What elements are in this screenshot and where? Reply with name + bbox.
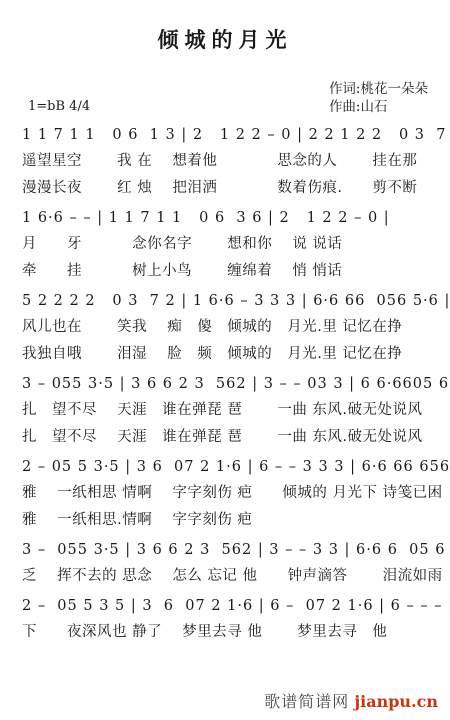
notation-line: 3 – 055 3·5 | 3 6 6 2 3 562 | 3 – – 03 3…: [22, 374, 430, 394]
credits: 作词:桃花一朵朵 作曲:山石: [329, 80, 428, 116]
music-system-6: 3 – 055 3·5 | 3 6 6 2 3 562 | 3 – – 3 3 …: [22, 540, 430, 587]
key-signature: 1=bB 4/4: [28, 99, 90, 116]
lyric-line: 雅 一纸相思.情啊 字字刻伤 疤: [22, 510, 430, 531]
lyric-line: 扎 望不尽 天涯 谁在弹琵 琶 一曲 东风.破无处说风: [22, 400, 430, 421]
song-title: 倾城的月光: [14, 24, 436, 54]
lyric-line: 月 牙 念你名字 想和你 说 说话: [22, 234, 430, 255]
music-system-5: 2 – 05 5 3·5 | 3 6 07 2 1·6 | 6 – – 3 3 …: [22, 457, 430, 531]
lyric-line: 遥望星空 我 在 想着他 思念的人 挂在那: [22, 151, 430, 172]
lyric-line: 风儿也在 笑我 痴 傻 倾城的 月光.里 记忆在挣: [22, 317, 430, 338]
watermark-site-name: 歌谱简谱网: [264, 692, 349, 711]
composer-credit: 作曲:山石: [329, 98, 428, 116]
lyric-line: 扎 望不尽 天涯 谁在弹琵 琶 一曲 东风.破无处说风: [22, 427, 430, 448]
header-row: 1=bB 4/4 作词:桃花一朵朵 作曲:山石: [28, 80, 428, 116]
sheet-music-page: 倾城的月光 1=bB 4/4 作词:桃花一朵朵 作曲:山石 1 1 7 1 1 …: [0, 0, 450, 643]
notation-line: 3 – 055 3·5 | 3 6 6 2 3 562 | 3 – – 3 3 …: [22, 540, 430, 560]
lyric-line: 牵 挂 树上小鸟 缠绵着 悄 悄话: [22, 261, 430, 282]
watermark-site-url: jianpu.cn: [354, 692, 438, 711]
notation-line: 1 6·6 – – | 1 1 7 1 1 0 6 3 6 | 2 1 2 2 …: [22, 208, 430, 228]
notation-line: 1 1 7 1 1 0 6 1 3 | 2 1 2 2 – 0 | 2 2 1 …: [22, 125, 430, 145]
lyric-line: 漫漫长夜 红 烛 把泪洒 数着伤痕. 剪不断: [22, 178, 430, 199]
music-system-2: 1 6·6 – – | 1 1 7 1 1 0 6 3 6 | 2 1 2 2 …: [22, 208, 430, 282]
notation-line: 2 – 05 5 3 5 | 3 6 07 2 1·6 | 6 – 07 2 1…: [22, 596, 430, 616]
music-system-1: 1 1 7 1 1 0 6 1 3 | 2 1 2 2 – 0 | 2 2 1 …: [22, 125, 430, 199]
notation-line: 2 – 05 5 3·5 | 3 6 07 2 1·6 | 6 – – 3 3 …: [22, 457, 430, 477]
music-system-7: 2 – 05 5 3 5 | 3 6 07 2 1·6 | 6 – 07 2 1…: [22, 596, 430, 643]
music-system-4: 3 – 055 3·5 | 3 6 6 2 3 562 | 3 – – 03 3…: [22, 374, 430, 448]
lyric-line: 雅 一纸相思 情啊 字字刻伤 疤 倾城的 月光下 诗笺已困: [22, 483, 430, 504]
lyric-line: 乏 挥不去的 思念 怎么 忘记 他 钟声滴答 泪流如雨: [22, 566, 430, 587]
music-system-3: 5 2 2 2 2 0 3 7 2 | 1 6·6 – 3 3 3 | 6·6 …: [22, 291, 430, 365]
lyricist-credit: 作词:桃花一朵朵: [329, 80, 428, 98]
notation-line: 5 2 2 2 2 0 3 7 2 | 1 6·6 – 3 3 3 | 6·6 …: [22, 291, 430, 311]
watermark: 歌谱简谱网 jianpu.cn: [264, 689, 438, 712]
lyric-line: 下 夜深风也 静了 梦里去寻 他 梦里去寻 他: [22, 622, 430, 643]
lyric-line: 我独自哦 泪湿 脸 频 倾城的 月光.里 记忆在挣: [22, 344, 430, 365]
